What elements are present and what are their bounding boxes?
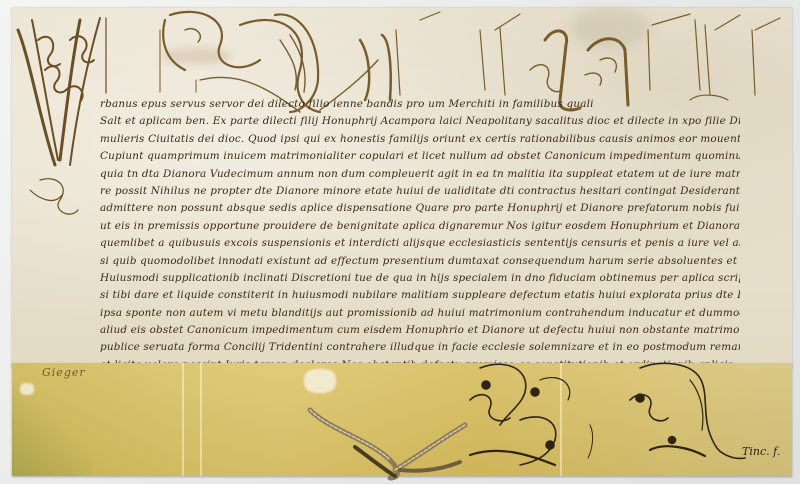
text-line: Salt et aplicam ben. Ex parte dilecti fi… bbox=[100, 113, 740, 130]
fold-shadow bbox=[12, 383, 92, 476]
fold-crease bbox=[200, 363, 202, 476]
text-line: re possit Nihilus ne propter dte Dianore… bbox=[100, 183, 740, 200]
scribe-signature: Tinc. f. bbox=[742, 445, 780, 458]
text-line: Huiusmodi supplicationib inclinati Discr… bbox=[100, 270, 740, 287]
text-line: si tibi dare et liquide constiterit in h… bbox=[100, 287, 740, 304]
worn-patch bbox=[20, 383, 34, 395]
text-line: quia tn dta Dianora Vudecimum annum non … bbox=[100, 166, 740, 183]
faded-patch bbox=[570, 8, 650, 48]
text-line: quemlibet a quibusuis excois suspensioni… bbox=[100, 235, 740, 252]
text-line: ipsa sponte non autem vi metu blanditijs… bbox=[100, 305, 740, 322]
text-line: publice seruata forma Concilij Tridentin… bbox=[100, 339, 740, 356]
text-line: si quib quomodolibet innodati existunt a… bbox=[100, 253, 740, 270]
fold-crease bbox=[560, 363, 562, 476]
water-stain bbox=[162, 48, 232, 64]
text-line: rbanus epus servus servor dei dilecto fi… bbox=[100, 96, 740, 113]
worn-patch bbox=[304, 369, 336, 393]
text-line: Cupiunt quamprimum inuicem matrimonialit… bbox=[100, 148, 740, 165]
text-line: aliud eis obstet Canonicum impedimentum … bbox=[100, 322, 740, 339]
text-line: mulieris Ciuitatis dei dioc. Quod ipsi q… bbox=[100, 131, 740, 148]
brief-body-text: rbanus epus servus servor dei dilecto fi… bbox=[100, 96, 740, 392]
docket-note: Gieger bbox=[42, 366, 86, 379]
vellum-fold: Gieger bbox=[12, 363, 792, 476]
text-line: ut eis in premissis opportune prouidere … bbox=[100, 218, 740, 235]
text-line: admittere non possunt absque sedis aplic… bbox=[100, 200, 740, 217]
fold-crease bbox=[182, 363, 184, 476]
